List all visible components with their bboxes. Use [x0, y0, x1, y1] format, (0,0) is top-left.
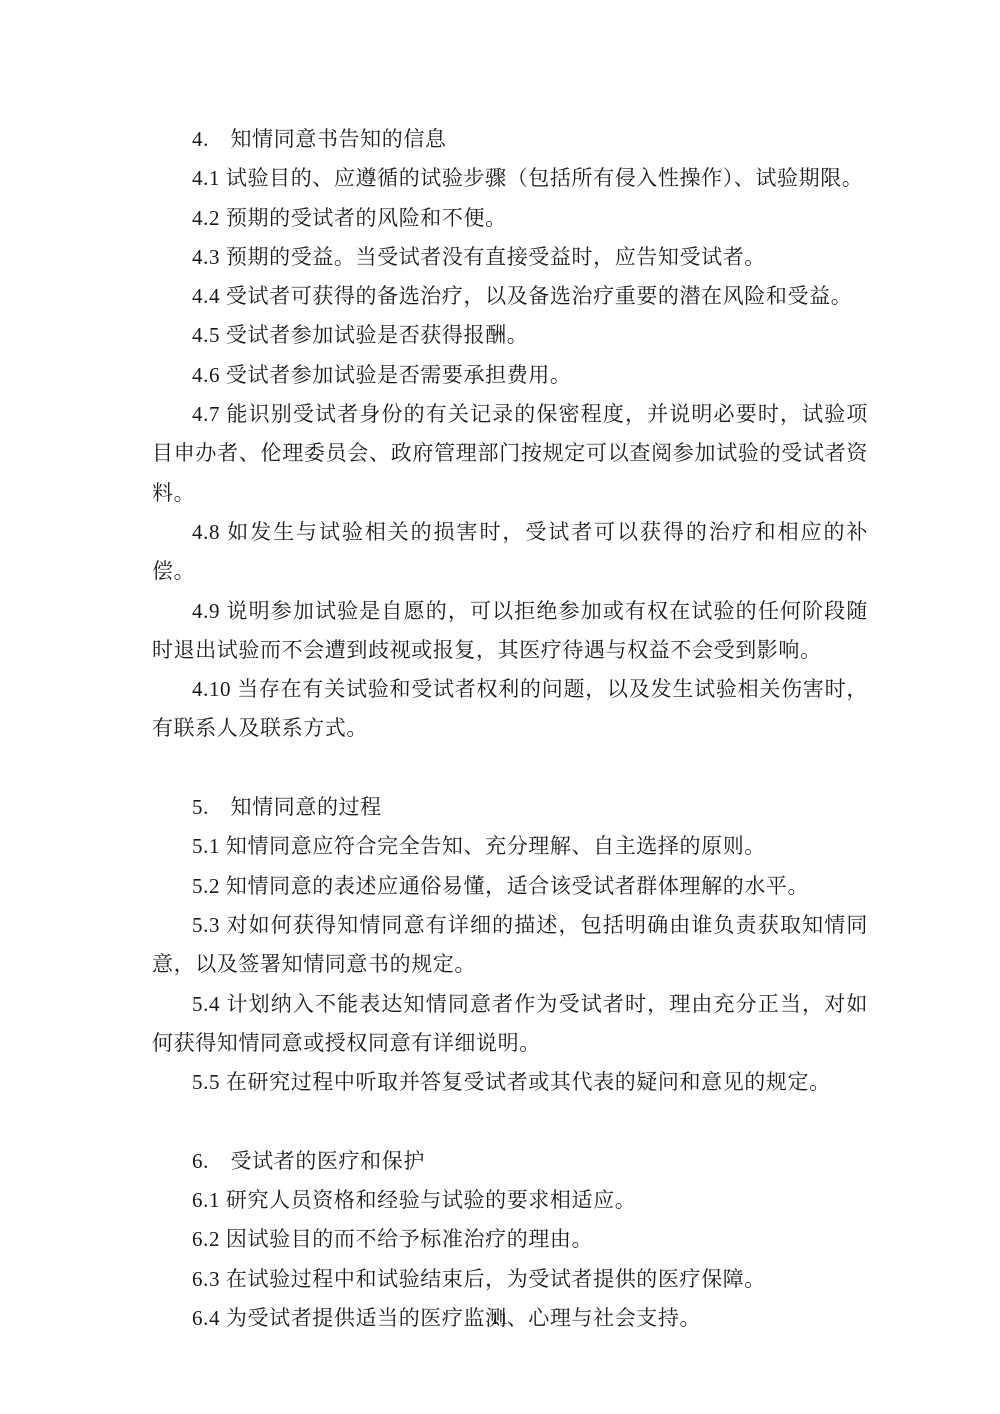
clause-5-3: 5.3 对如何获得知情同意有详细的描述，包括明确由谁负责获取知情同意，以及签署知…: [152, 906, 868, 985]
clause-4-10: 4.10 当存在有关试验和受试者权利的问题，以及发生试验相关伤害时，有联系人及联…: [152, 670, 868, 749]
clause-4-8: 4.8 如发生与试验相关的损害时，受试者可以获得的治疗和相应的补偿。: [152, 513, 868, 592]
section-4-heading: 4. 知情同意书告知的信息: [152, 120, 868, 159]
clause-4-1: 4.1 试验目的、应遵循的试验步骤（包括所有侵入性操作）、试验期限。: [152, 159, 868, 198]
clause-4-9: 4.9 说明参加试验是自愿的，可以拒绝参加或有权在试验的任何阶段随时退出试验而不…: [152, 592, 868, 671]
clause-5-2: 5.2 知情同意的表述应通俗易懂，适合该受试者群体理解的水平。: [152, 867, 868, 906]
page-number: 11: [0, 1304, 1000, 1334]
clause-6-2: 6.2 因试验目的而不给予标准治疗的理由。: [152, 1220, 868, 1259]
clause-5-5: 5.5 在研究过程中听取并答复受试者或其代表的疑问和意见的规定。: [152, 1063, 868, 1102]
clause-5-4: 5.4 计划纳入不能表达知情同意者作为受试者时，理由充分正当，对如何获得知情同意…: [152, 985, 868, 1064]
clause-4-6: 4.6 受试者参加试验是否需要承担费用。: [152, 356, 868, 395]
clause-4-3: 4.3 预期的受益。当受试者没有直接受益时，应告知受试者。: [152, 238, 868, 277]
clause-6-3: 6.3 在试验过程中和试验结束后，为受试者提供的医疗保障。: [152, 1260, 868, 1299]
document-body: 4. 知情同意书告知的信息 4.1 试验目的、应遵循的试验步骤（包括所有侵入性操…: [152, 120, 868, 1338]
clause-4-2: 4.2 预期的受试者的风险和不便。: [152, 199, 868, 238]
document-page: 4. 知情同意书告知的信息 4.1 试验目的、应遵循的试验步骤（包括所有侵入性操…: [0, 0, 1000, 1414]
clause-4-4: 4.4 受试者可获得的备选治疗，以及备选治疗重要的潜在风险和受益。: [152, 277, 868, 316]
clause-4-7: 4.7 能识别受试者身份的有关记录的保密程度，并说明必要时，试验项目申办者、伦理…: [152, 395, 868, 513]
section-6-heading: 6. 受试者的医疗和保护: [152, 1142, 868, 1181]
section-5-heading: 5. 知情同意的过程: [152, 788, 868, 827]
clause-6-1: 6.1 研究人员资格和经验与试验的要求相适应。: [152, 1181, 868, 1220]
clause-5-1: 5.1 知情同意应符合完全告知、充分理解、自主选择的原则。: [152, 827, 868, 866]
clause-4-5: 4.5 受试者参加试验是否获得报酬。: [152, 316, 868, 355]
